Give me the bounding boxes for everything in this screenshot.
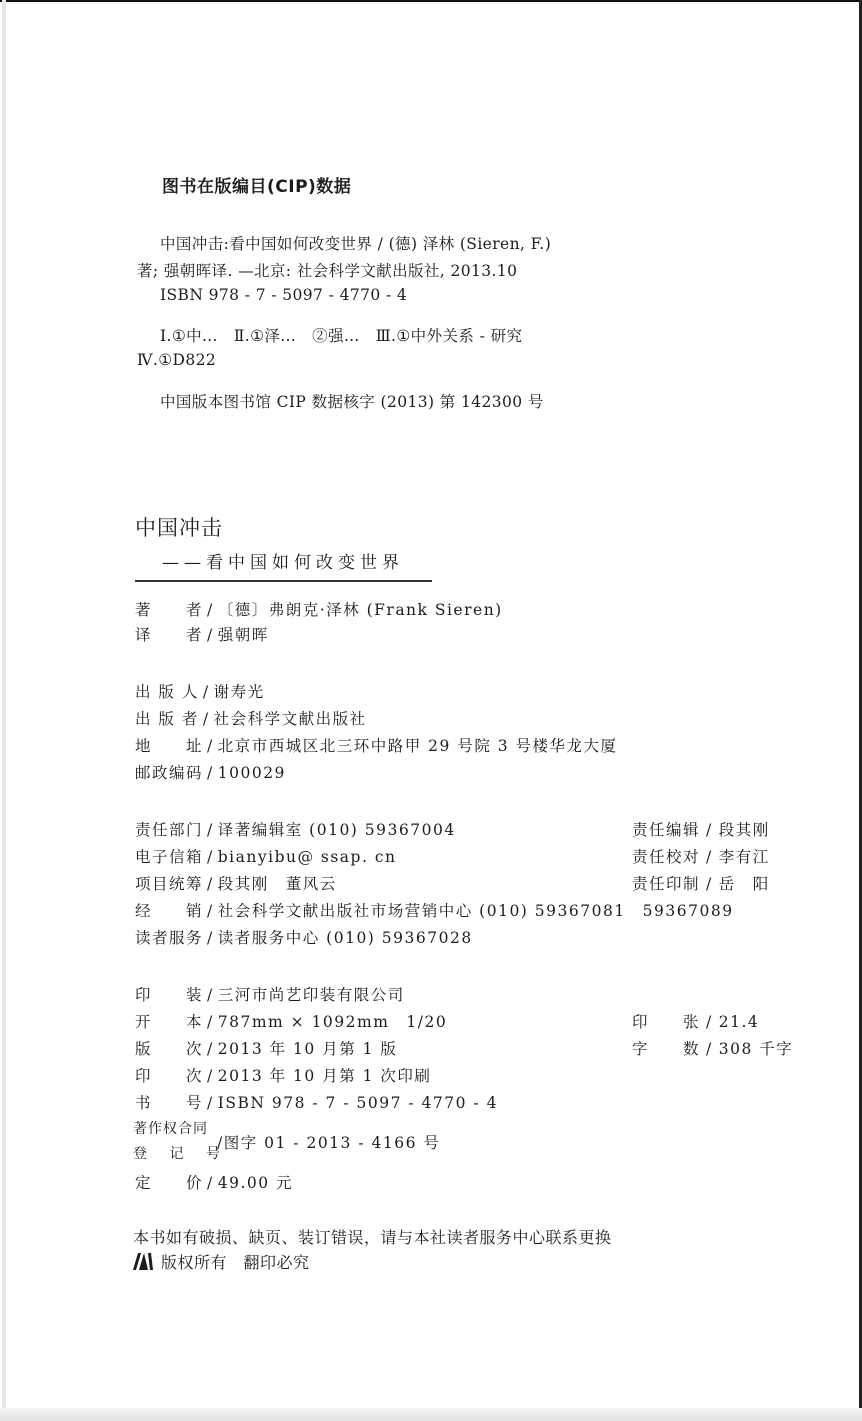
credit-author: 著 者/〔德〕弗朗克·泽林 (Frank Sieren) [135,598,503,620]
cip-line-1: 中国冲击:看中国如何改变世界 / (德) 泽林 (Sieren, F.) [160,232,551,254]
credit-value: 强朝晖 [218,626,269,644]
contact-email: 电子信箱/bianyibu@ ssap. cn [135,845,397,867]
ssap-logo-icon [133,1253,153,1270]
printing-isbn: 书 号/ISBN 978 - 7 - 5097 - 4770 - 4 [135,1091,498,1113]
rights-notice: 版权所有 翻印必究 [133,1250,310,1273]
credit-translator: 译 者/强朝晖 [135,623,269,645]
printing-printer: 印 装/三河市尚艺印装有限公司 [135,983,405,1005]
title-divider [135,580,432,582]
editor-printing: 责任印制/岳 阳 [632,872,770,894]
printing-format: 开 本/787mm × 1092mm 1/20 [135,1010,447,1032]
printing-edition: 版 次/2013 年 10 月第 1 版 [135,1037,397,1059]
page-edge-top [0,0,862,2]
price: 定 价/49.00 元 [135,1171,293,1193]
printing-impression: 印 次/2013 年 10 月第 1 次印刷 [135,1064,431,1086]
contact-department: 责任部门/译著编辑室 (010) 59367004 [135,818,456,840]
cip-line-2: 著; 强朝晖译. —北京: 社会科学文献出版社, 2013.10 [137,259,517,281]
contact-reader-service: 读者服务/读者服务中心 (010) 59367028 [135,926,473,948]
contact-project: 项目统筹/段其刚 董风云 [135,872,337,894]
credit-value: 〔德〕弗朗克·泽林 (Frank Sieren) [218,601,503,619]
cip-classification: Ⅰ.①中… Ⅱ.①泽… ②强… Ⅲ.①中外关系 - 研究 [160,324,522,346]
cip-isbn: ISBN 978 - 7 - 5097 - 4770 - 4 [160,286,407,304]
cip-number: 中国版本图书馆 CIP 数据核字 (2013) 第 142300 号 [160,390,544,412]
printing-sheets: 印 张/21.4 [632,1010,759,1032]
publisher-name: 出 版 者/社会科学文献出版社 [135,707,367,729]
page-edge-bottom [0,1408,862,1421]
publisher-postcode: 邮政编码/100029 [135,761,286,783]
cip-classification-cont: Ⅳ.①D822 [137,351,216,369]
book-subtitle: ——看中国如何改变世界 [162,548,404,573]
contract-label: 著作权合同 登 记 号 [133,1117,229,1167]
editor-proofreader: 责任校对/李有江 [632,845,770,867]
publisher-person: 出 版 人/谢寿光 [135,680,265,702]
email-link: bianyibu@ ssap. cn [218,848,397,866]
cip-heading: 图书在版编目(CIP)数据 [162,172,351,197]
contract-number: /图字 01 - 2013 - 4166 号 [217,1131,440,1153]
editor-responsible: 责任编辑/段其刚 [632,818,770,840]
credit-label: 译 者 [135,623,203,645]
printing-wordcount: 字 数/308 千字 [632,1037,793,1059]
contact-distribution: 经 销/社会科学文献出版社市场营销中心 (010) 59367081 59367… [135,899,734,921]
page-edge-left [2,0,6,1421]
publisher-address: 地 址/北京市西城区北三环中路甲 29 号院 3 号楼华龙大厦 [135,734,618,756]
damage-notice: 本书如有破损、缺页、装订错误，请与本社读者服务中心联系更换 [133,1225,612,1248]
book-title: 中国冲击 [135,512,223,542]
credit-label: 著 者 [135,598,203,620]
